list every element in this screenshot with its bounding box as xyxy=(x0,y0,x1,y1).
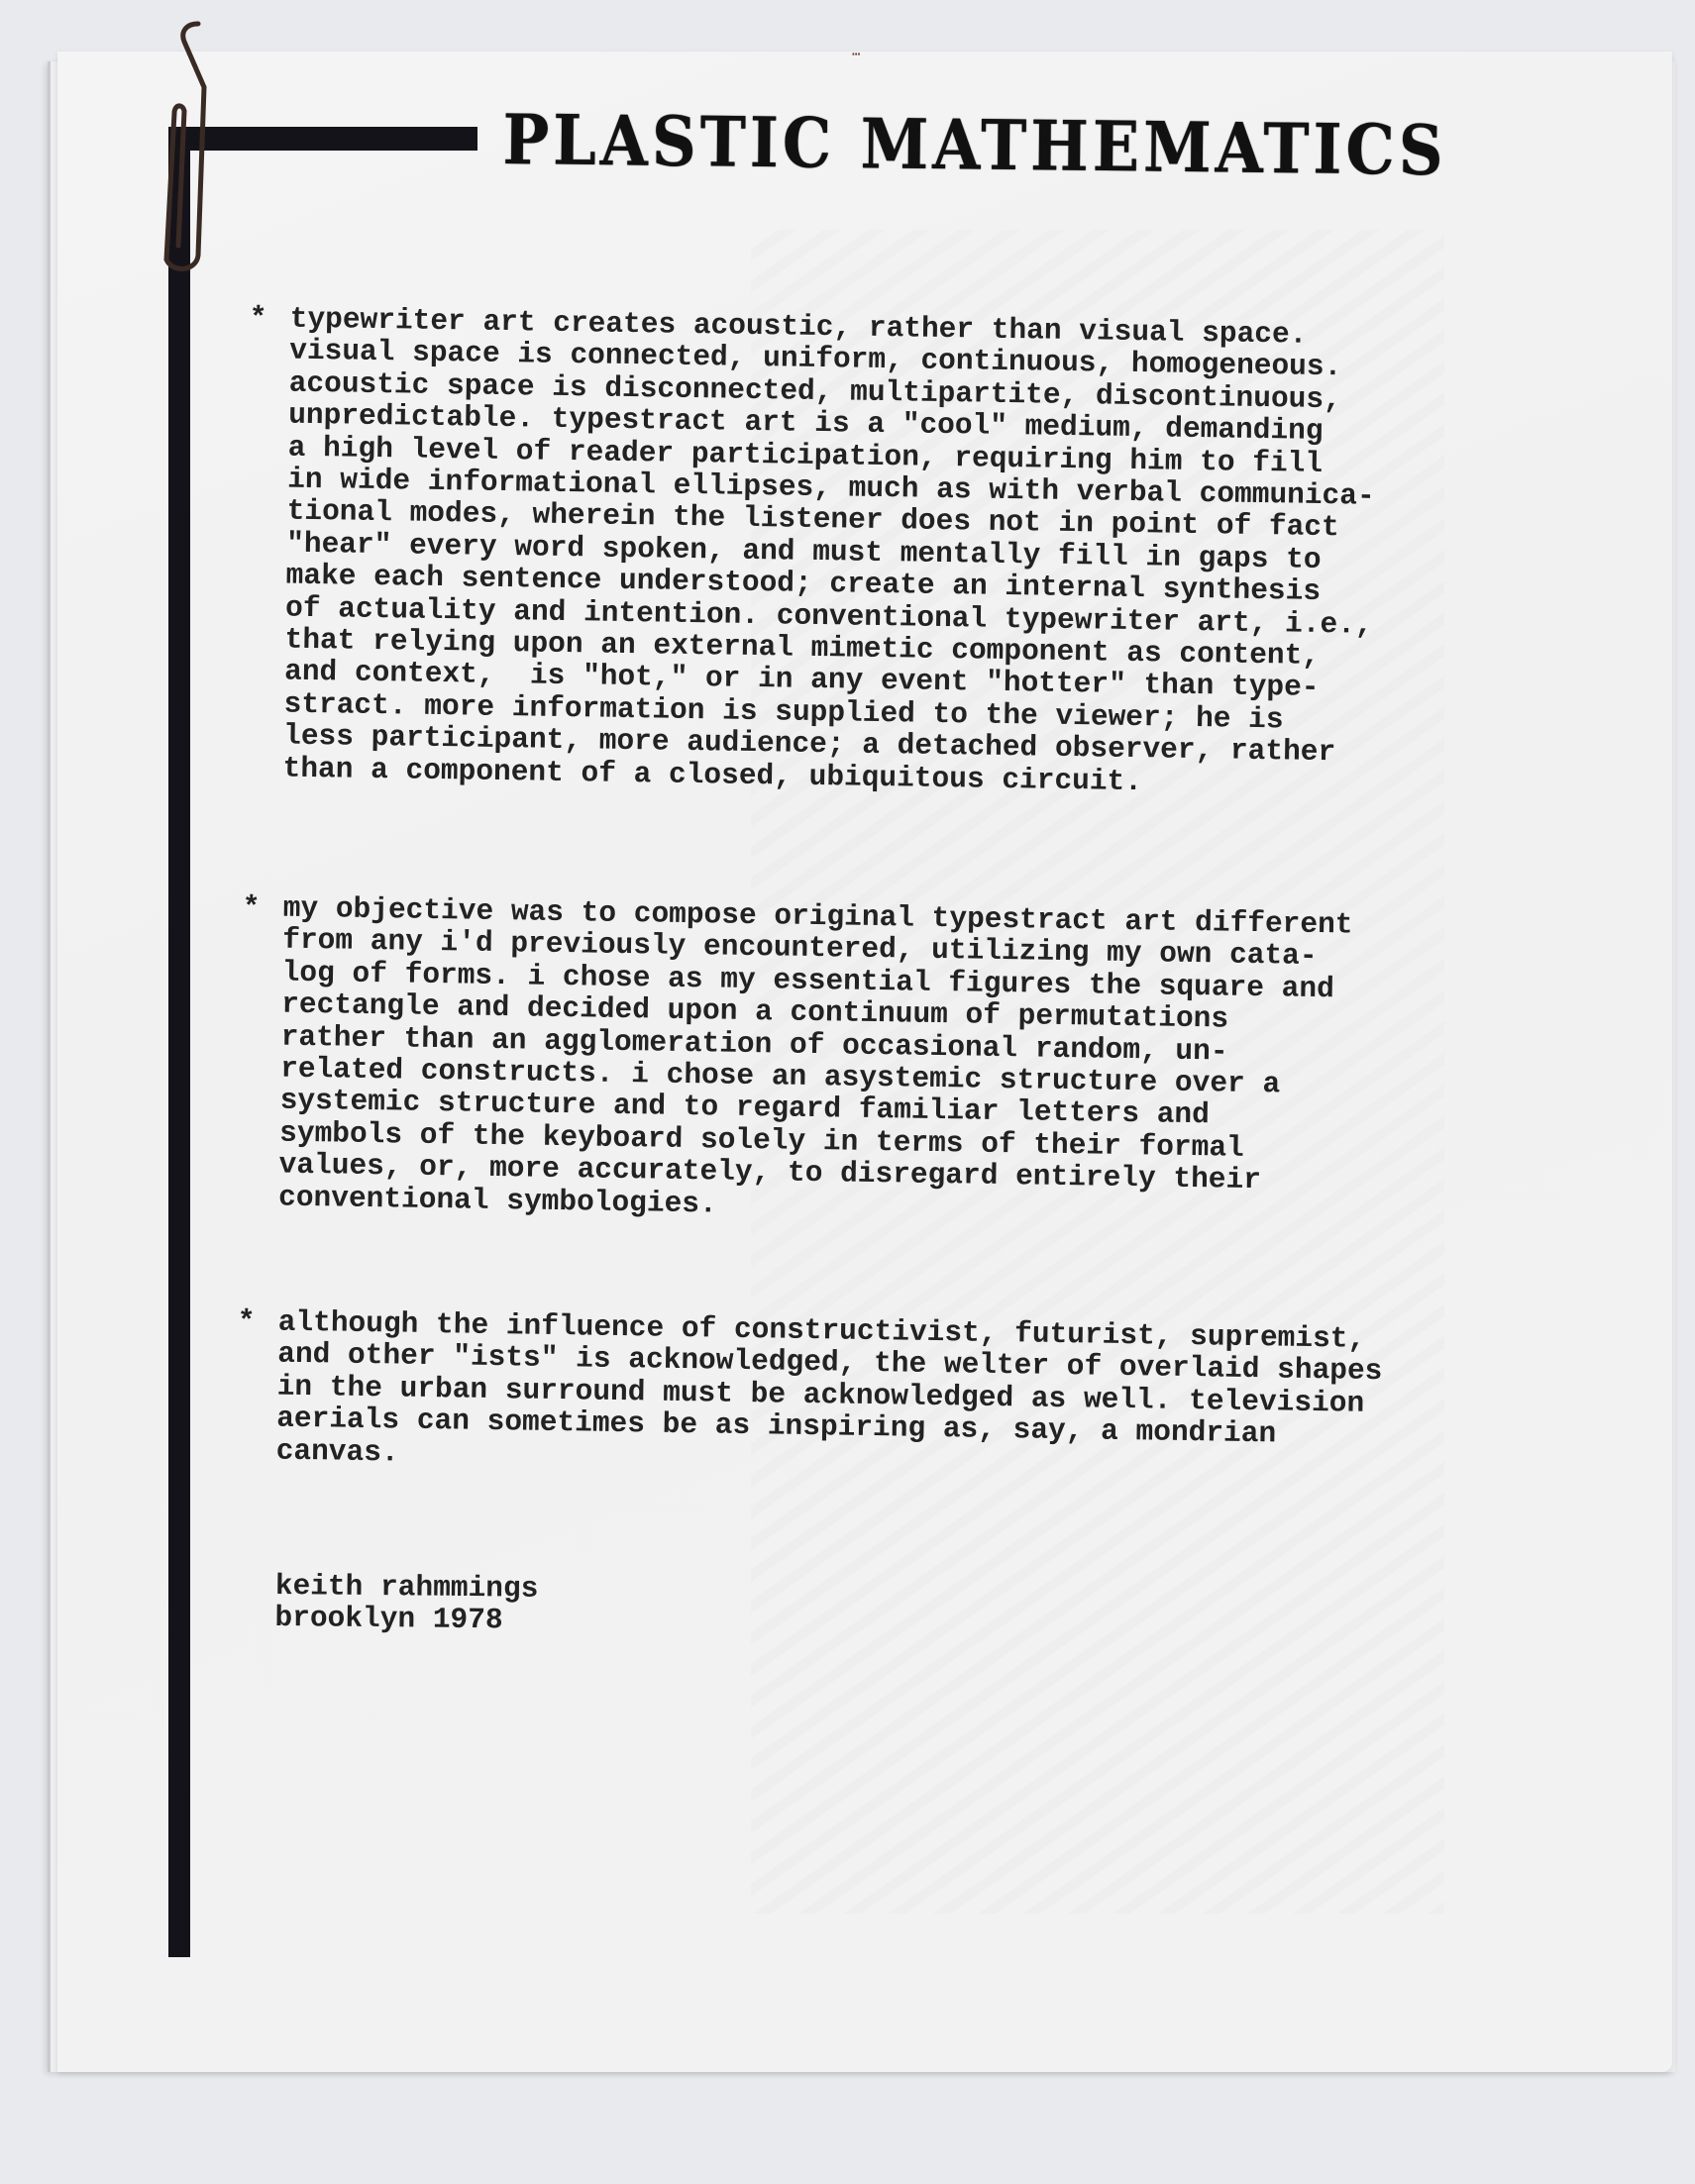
signature-block: keith rahmmings brooklyn 1978 xyxy=(274,1570,538,1637)
author-name: keith rahmmings xyxy=(275,1570,539,1605)
paragraph-2: * my objective was to compose original t… xyxy=(241,891,1534,1232)
paragraph-body: typewriter art creates acoustic, rather … xyxy=(282,303,1539,804)
vertical-rule-bar xyxy=(168,127,190,1957)
bullet-asterisk: * xyxy=(237,1305,255,1338)
ink-smudge: ⋯ xyxy=(852,52,866,69)
paperclip-icon xyxy=(129,18,228,275)
paragraph-body: my objective was to compose original typ… xyxy=(278,892,1534,1233)
page-title: PLASTIC MATHEMATICS xyxy=(502,99,1447,191)
paragraph-3: * although the influence of constructivi… xyxy=(238,1305,1528,1486)
bullet-asterisk: * xyxy=(249,302,266,335)
place-date: brooklyn 1978 xyxy=(274,1602,538,1636)
paragraph-body: although the influence of constructivist… xyxy=(275,1306,1528,1487)
paragraph-1: * typewriter art creates acoustic, rathe… xyxy=(245,302,1539,803)
bullet-asterisk: * xyxy=(242,891,260,924)
